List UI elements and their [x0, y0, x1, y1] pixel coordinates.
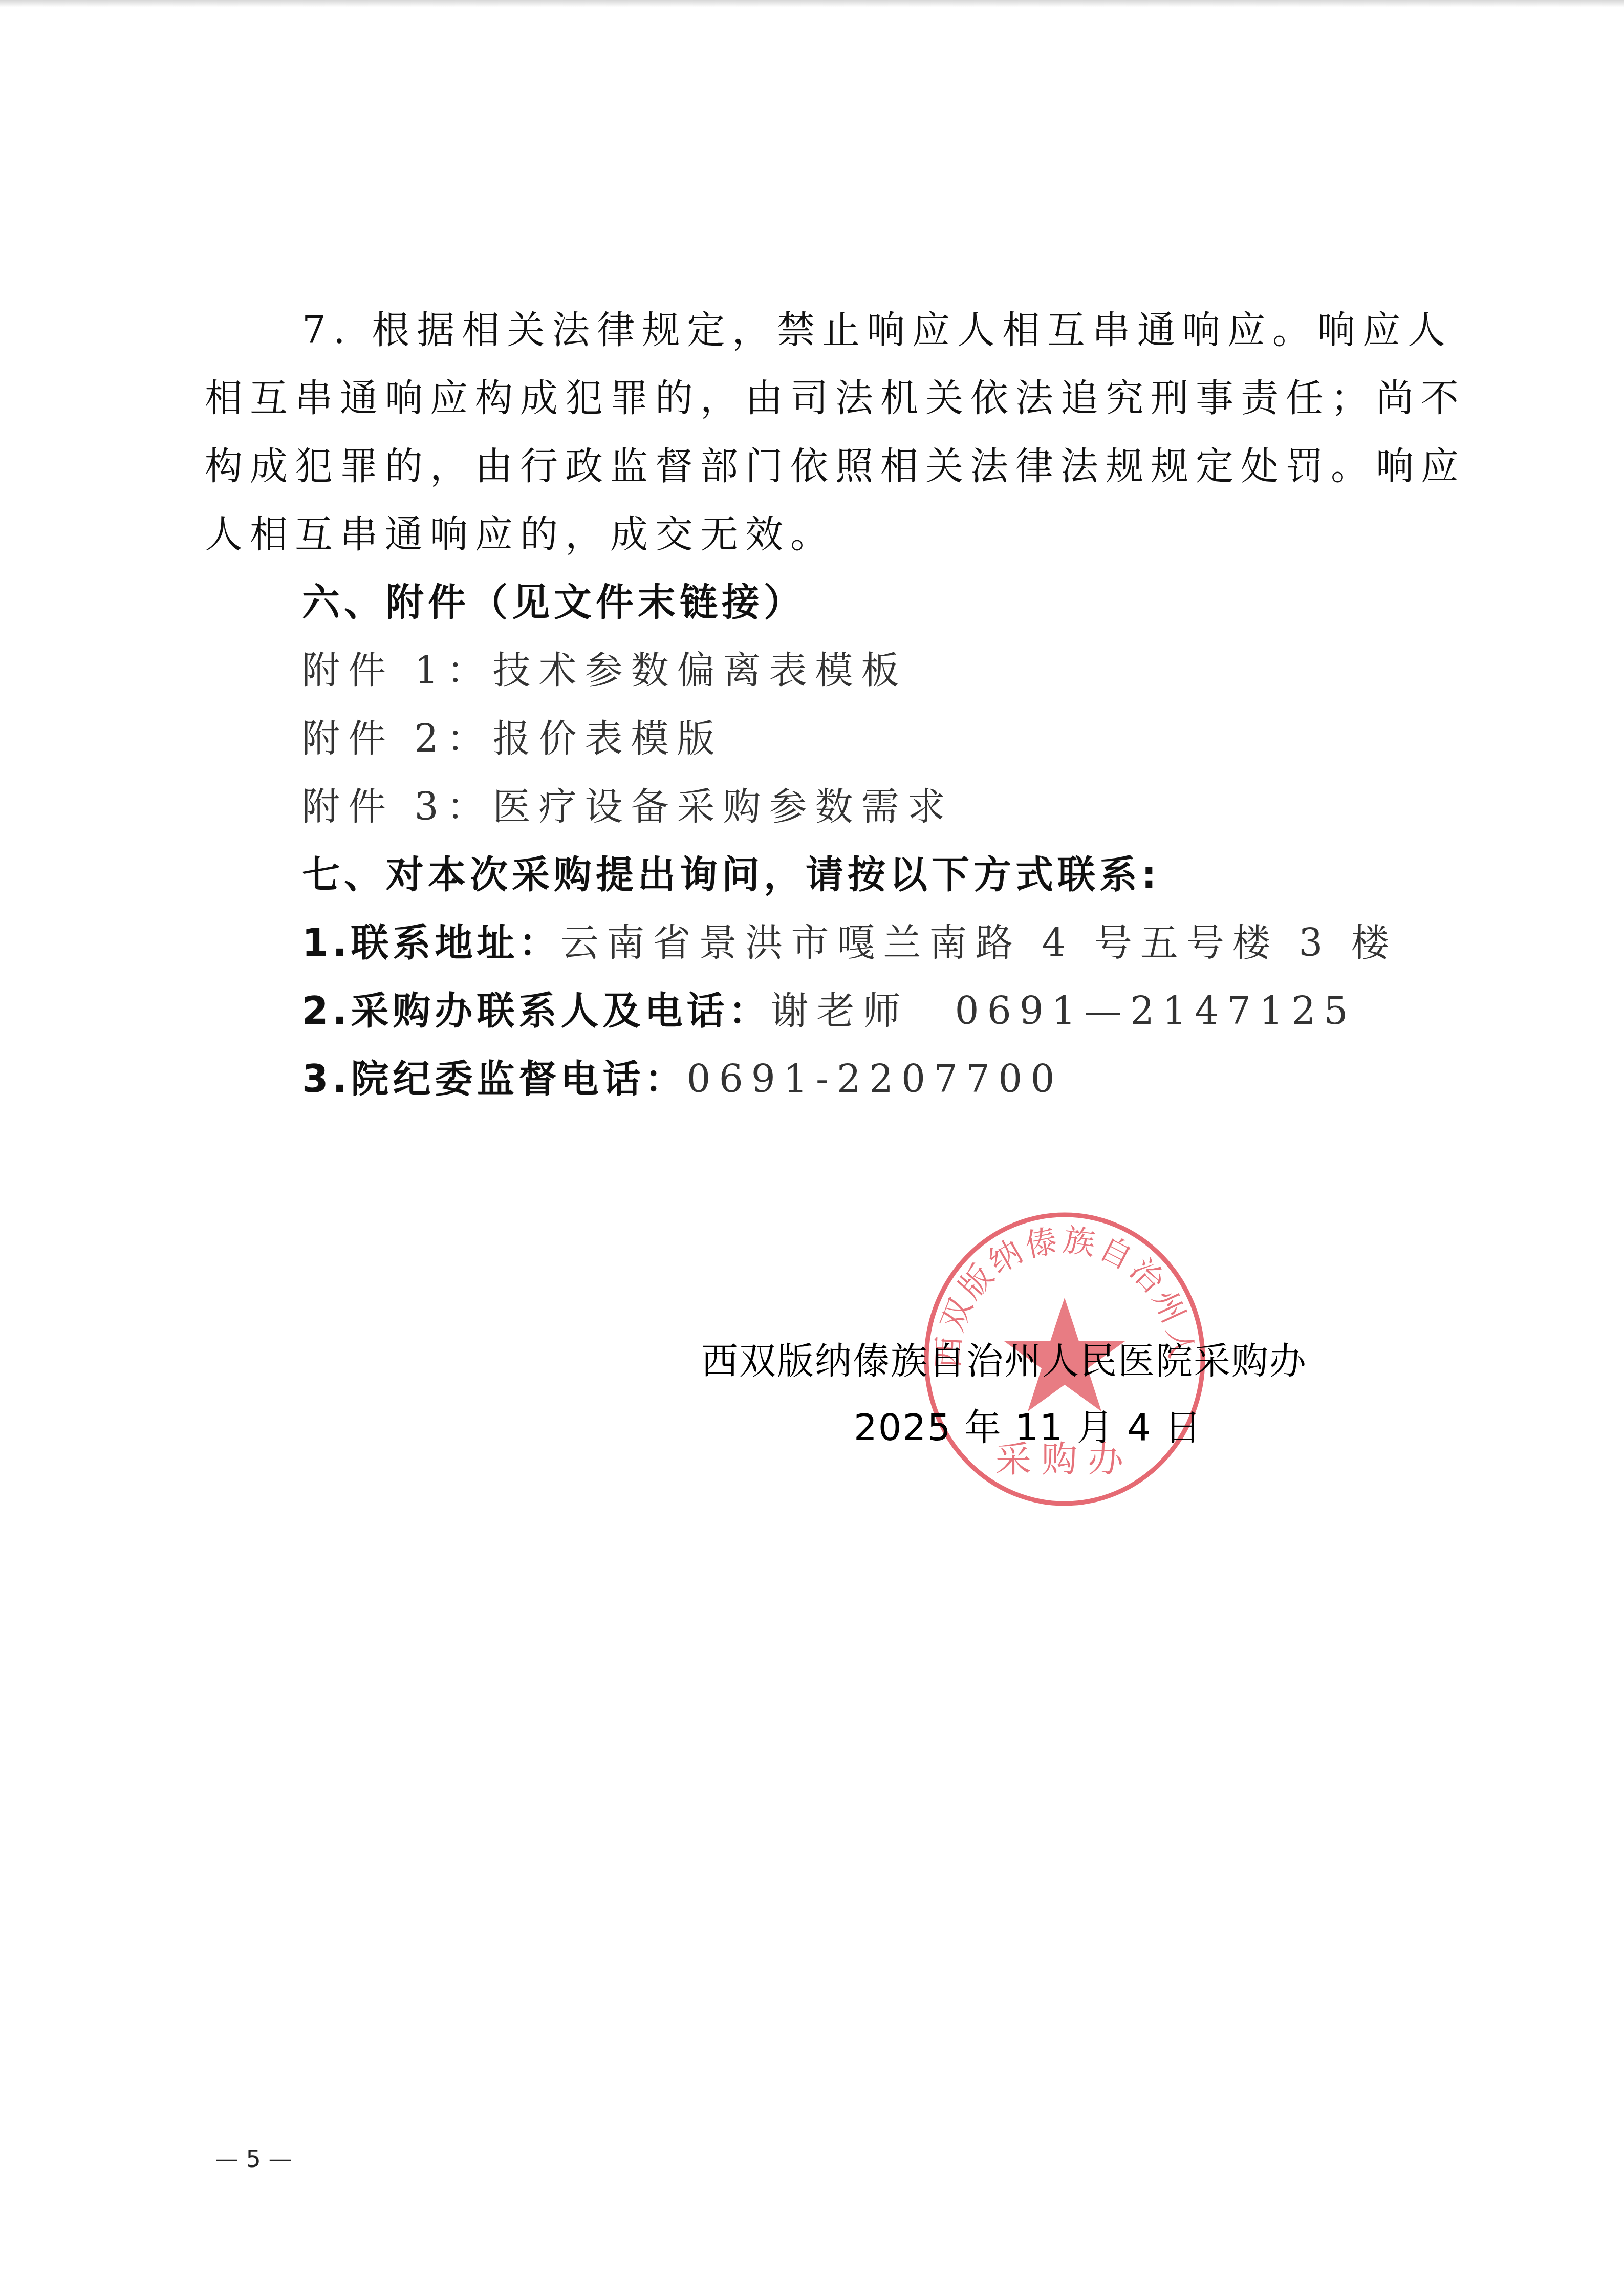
attachment-item: 附件 3：医疗设备采购参数需求 [302, 779, 1530, 835]
clause-line: 构成犯罪的，由行政监督部门依照相关法律法规规定处罚。响应 [205, 438, 1433, 495]
supervision-phone-label: 3.院纪委监督电话： [302, 1057, 687, 1101]
clause-line: 7. 根据相关法律规定，禁止响应人相互串通响应。响应人 [302, 302, 1530, 358]
clause-line: 相互串通响应构成犯罪的，由司法机关依法追究刑事责任；尚不 [205, 370, 1433, 426]
contact-heading: 七、对本次采购提出询问，请按以下方式联系: [302, 847, 1530, 903]
scan-top-edge [0, 0, 1624, 7]
contact-person: 2.采购办联系人及电话：谢老师 0691—2147125 [302, 983, 1530, 1039]
attachments-heading: 六、附件（见文件末链接） [302, 574, 1530, 631]
attachment-item: 附件 1：技术参数偏离表模板 [302, 642, 1530, 699]
signature-date: 2025 年 11 月 4 日 [854, 1398, 1202, 1451]
attachment-item: 附件 2：报价表模版 [302, 711, 1530, 767]
contact-address: 1.联系地址：云南省景洪市嘎兰南路 4 号五号楼 3 楼 [302, 915, 1530, 971]
contact-person-value: 谢老师 0691—2147125 [771, 989, 1356, 1033]
supervision-phone: 3.院纪委监督电话：0691-2207700 [302, 1051, 1530, 1107]
signature-org: 西双版纳傣族自治州人民医院采购办 [701, 1331, 1307, 1384]
contact-person-label: 2.采购办联系人及电话： [302, 989, 771, 1033]
page-number: — 5 — [215, 2145, 292, 2173]
supervision-phone-value: 0691-2207700 [687, 1057, 1063, 1101]
clause-line: 人相互串通响应的，成交无效。 [205, 506, 1433, 563]
contact-address-value: 云南省景洪市嘎兰南路 4 号五号楼 3 楼 [561, 921, 1397, 965]
contact-address-label: 1.联系地址： [302, 921, 561, 965]
